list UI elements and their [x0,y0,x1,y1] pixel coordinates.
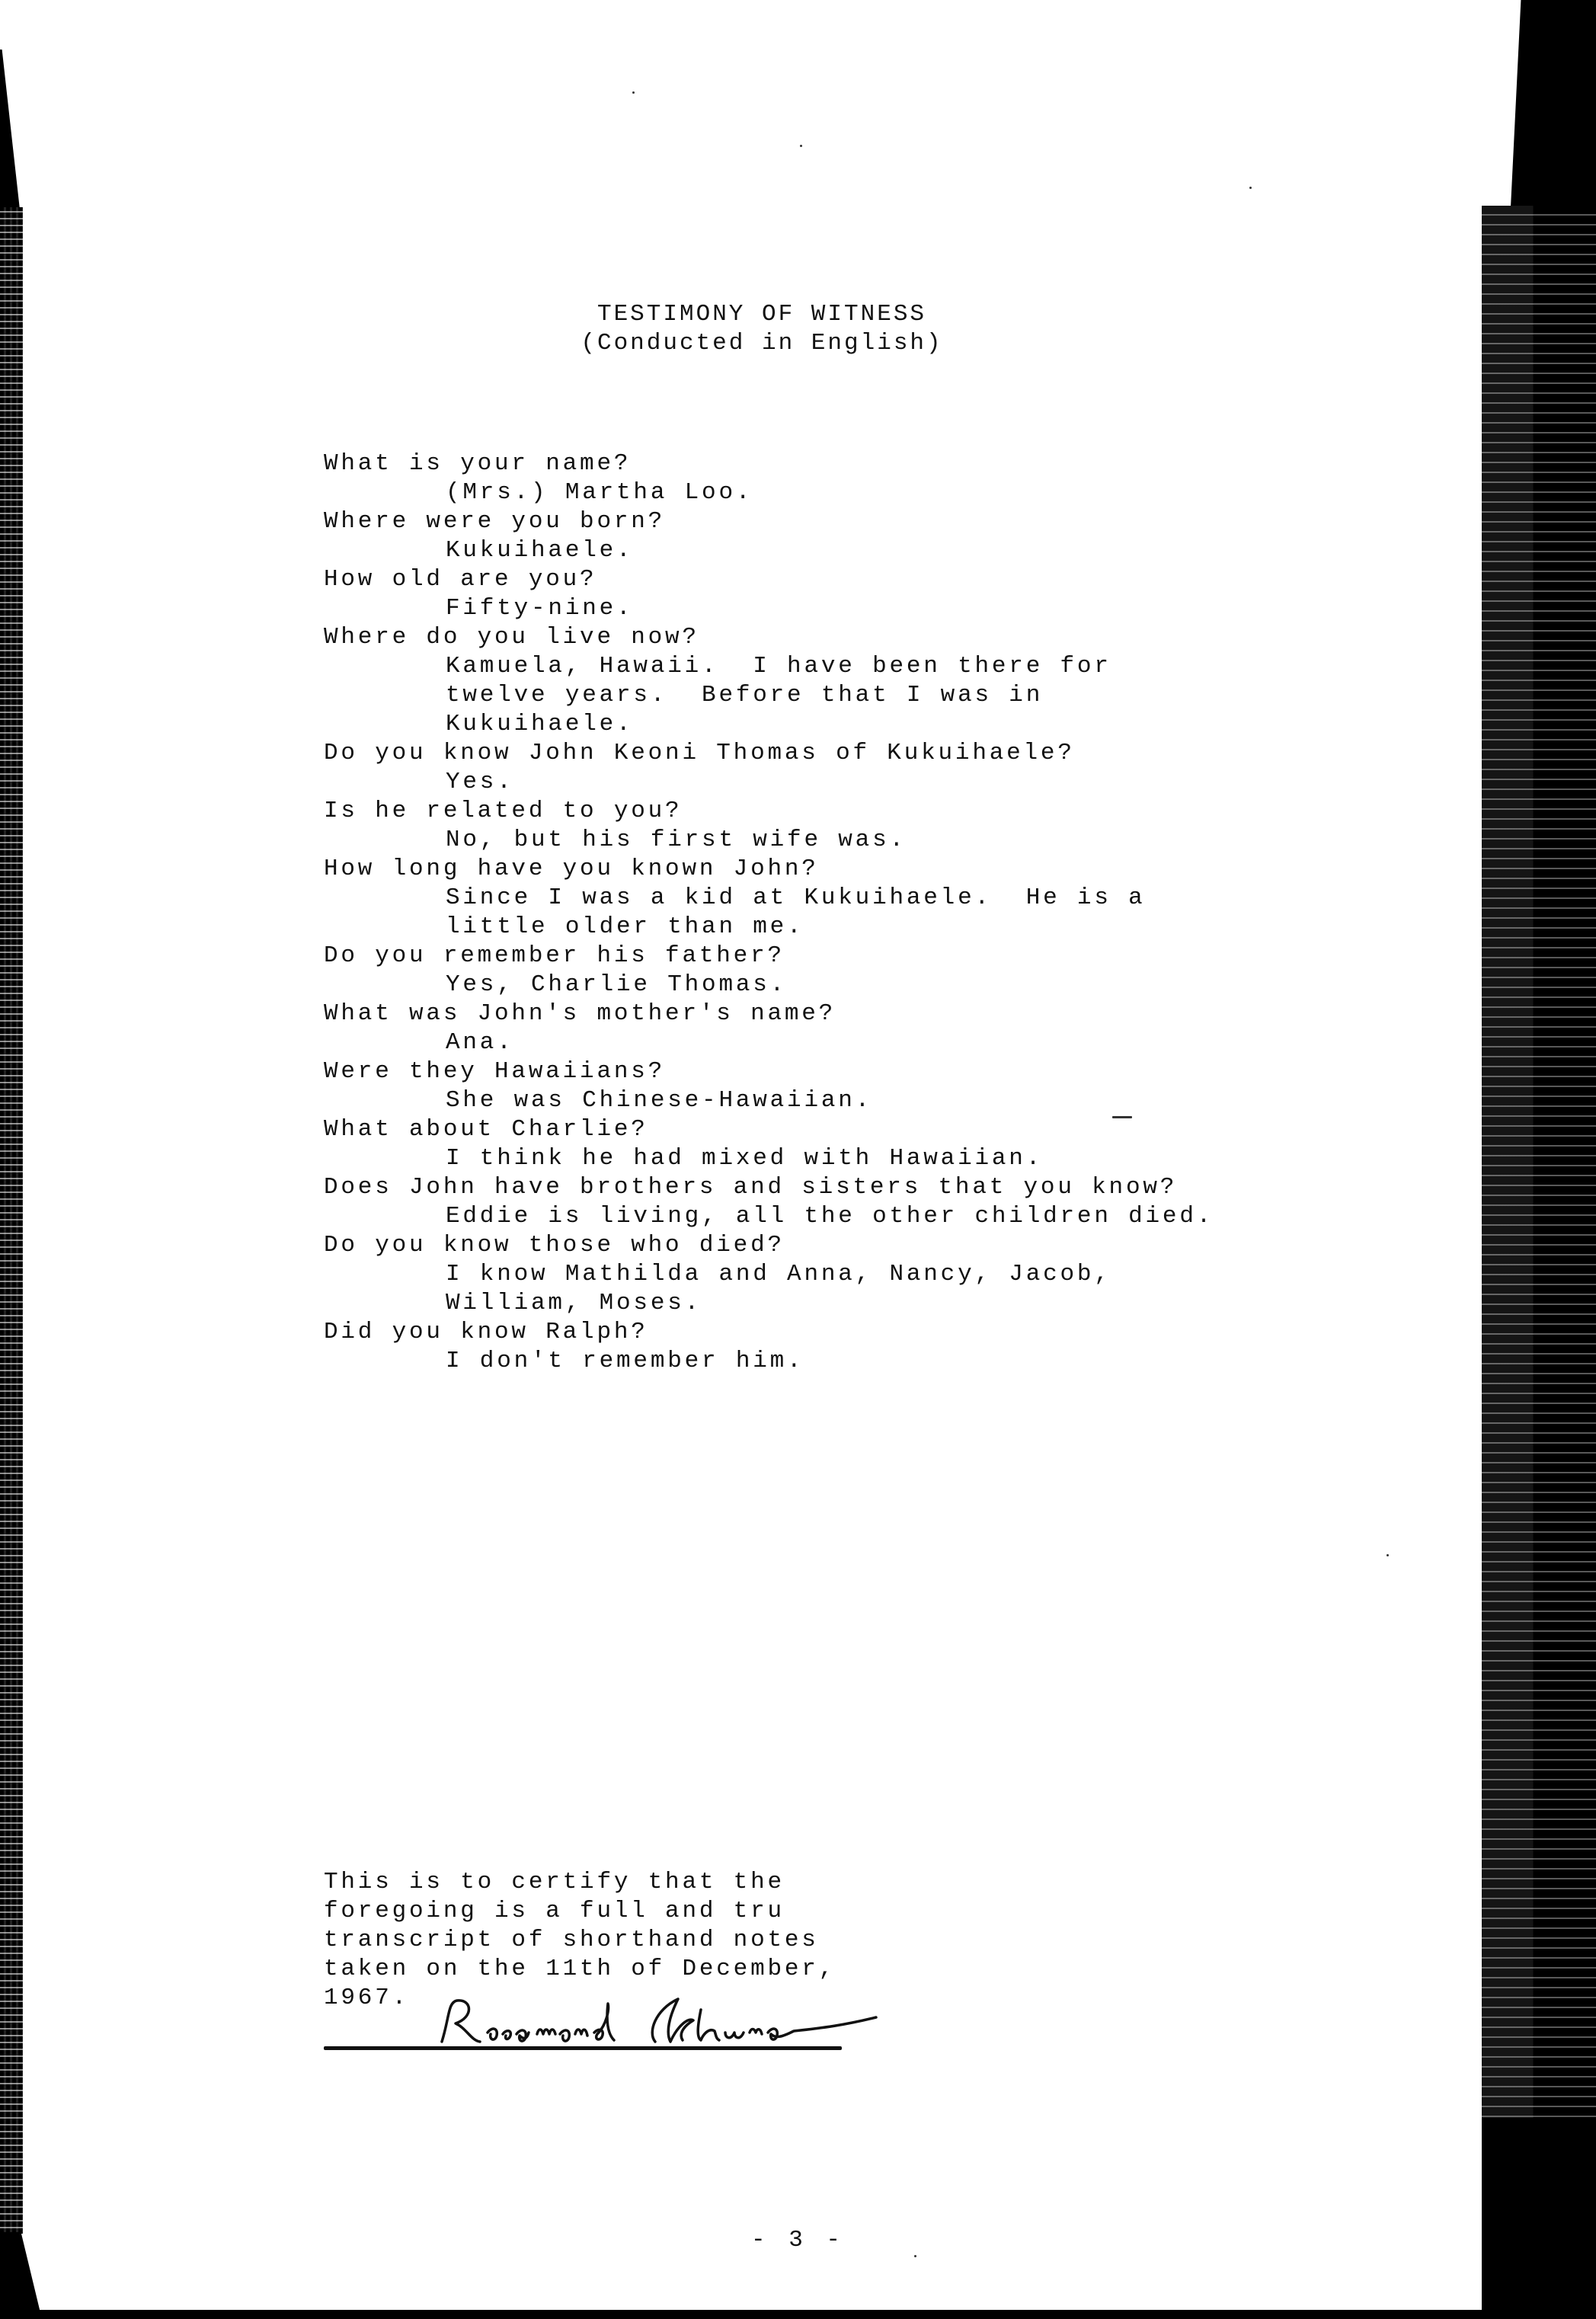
answer-line: Yes, Charlie Thomas. [324,971,1214,1000]
answer-line: little older than me. [324,913,1214,942]
scan-border-right [1482,206,1596,2125]
scan-border-bottom [23,2310,1482,2319]
answer-line: No, but his first wife was. [324,826,1214,855]
scan-speck [1112,1116,1132,1118]
scan-border-left-top [0,50,20,210]
question-line: What is your name? [324,449,1214,478]
answer-line: twelve years. Before that I was in [324,681,1214,710]
document-page: TESTIMONY OF WITNESS (Conducted in Engli… [0,0,1596,2319]
answer-line: Kukuihaele. [324,710,1214,739]
question-line: Were they Hawaiians? [324,1057,1214,1086]
question-line: What was John's mother's name? [324,1000,1214,1028]
question-line: Do you know those who died? [324,1231,1214,1260]
certification-line: foregoing is a full and tru [324,1897,836,1926]
scan-border-right-top [1511,0,1596,207]
scan-border-left [0,207,23,2234]
certification-line: transcript of shorthand notes [324,1926,836,1955]
answer-line: I don't remember him. [324,1347,1214,1376]
answer-line: Eddie is living, all the other children … [324,1202,1214,1231]
question-line: Do you know John Keoni Thomas of Kukuiha… [324,739,1214,768]
answer-line: Ana. [324,1028,1214,1057]
answer-line: Kukuihaele. [324,536,1214,565]
testimony-transcript: What is your name?(Mrs.) Martha Loo.Wher… [324,449,1214,1376]
answer-line: I think he had mixed with Hawaiian. [324,1144,1214,1173]
question-line: How old are you? [324,565,1214,594]
scan-speck [632,91,635,94]
answer-line: Kamuela, Hawaii. I have been there for [324,652,1214,681]
question-line: How long have you known John? [324,855,1214,884]
answer-line: Yes. [324,768,1214,797]
certification-line: This is to certify that the [324,1868,836,1897]
answer-line: William, Moses. [324,1289,1214,1318]
scan-speck [1387,1554,1389,1556]
answer-line: Fifty-nine. [324,594,1214,623]
question-line: Is he related to you? [324,797,1214,826]
answer-line: I know Mathilda and Anna, Nancy, Jacob, [324,1260,1214,1289]
answer-line: (Mrs.) Martha Loo. [324,478,1214,507]
scan-border-right-bottom [1482,2118,1596,2319]
scan-speck [1249,187,1252,189]
answer-line: She was Chinese-Hawaiian. [324,1086,1214,1115]
scan-speck [914,2255,916,2257]
answer-line: Since I was a kid at Kukuihaele. He is a [324,884,1214,913]
certification-statement: This is to certify that theforegoing is … [324,1868,836,2013]
certification-line: taken on the 11th of December, [324,1955,836,1984]
question-line: Where were you born? [324,507,1214,536]
question-line: Where do you live now? [324,623,1214,652]
scan-speck [800,145,802,147]
question-line: Do you remember his father? [324,942,1214,971]
page-number: - 3 - [0,2226,1596,2255]
document-title: TESTIMONY OF WITNESS [0,300,1524,329]
document-subtitle: (Conducted in English) [0,329,1524,358]
question-line: Did you know Ralph? [324,1318,1214,1347]
signature-line [324,2046,842,2050]
question-line: What about Charlie? [324,1115,1214,1144]
question-line: Does John have brothers and sisters that… [324,1173,1214,1202]
